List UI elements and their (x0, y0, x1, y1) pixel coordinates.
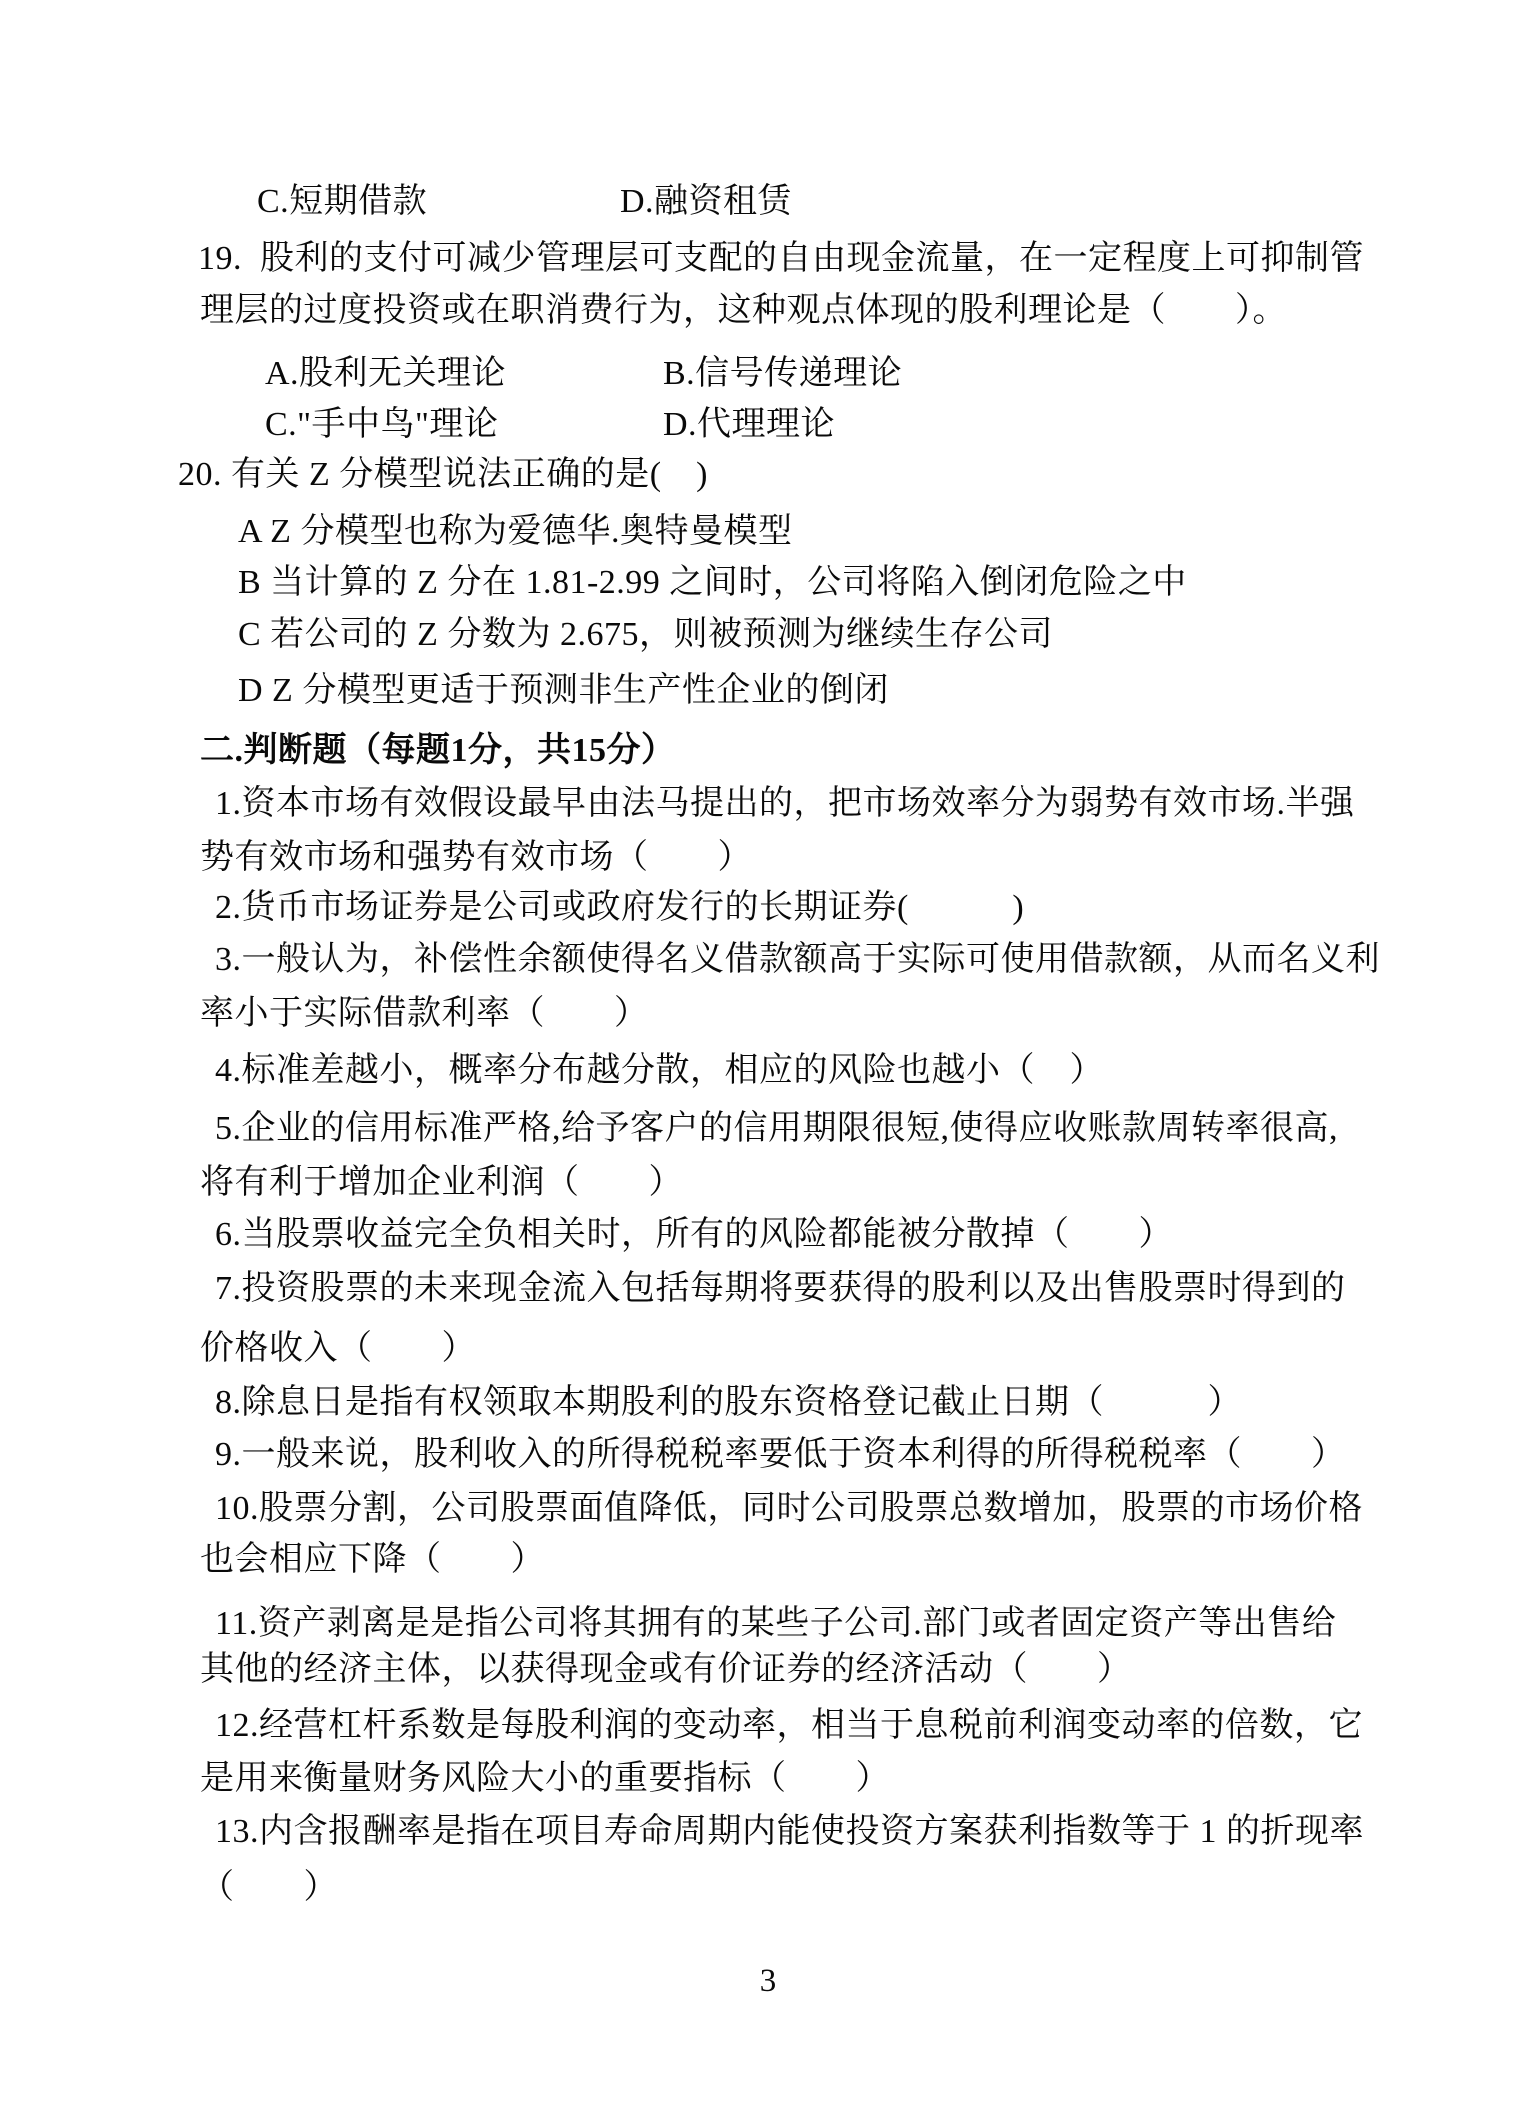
line-text: 6.当股票收益完全负相关时，所有的风险都能被分散掉（ ） (215, 1207, 1173, 1262)
line-text: 其他的经济主体，以获得现金或有价证券的经济活动（ ） (200, 1642, 1132, 1697)
text-line: 价格收入（ ） (0, 1321, 1536, 1376)
text-line: D Z 分模型更适于预测非生产性企业的倒闭 (0, 663, 1536, 718)
text-line: 是用来衡量财务风险大小的重要指标（ ） (0, 1751, 1536, 1806)
line-text: 12.经营杠杆系数是每股利润的变动率，相当于息税前利润变动率的倍数，它 (215, 1698, 1363, 1753)
line-text: A.股利无关理论 (265, 346, 506, 401)
line-text: 是用来衡量财务风险大小的重要指标（ ） (200, 1751, 890, 1806)
text-line: 12.经营杠杆系数是每股利润的变动率，相当于息税前利润变动率的倍数，它 (0, 1698, 1536, 1753)
text-line: 8.除息日是指有权领取本期股利的股东资格登记截止日期（ ） (0, 1375, 1536, 1430)
text-line: 9.一般来说，股利收入的所得税税率要低于资本利得的所得税税率（ ） (0, 1427, 1536, 1482)
text-line: A.股利无关理论B.信号传递理论 (0, 346, 1536, 401)
line-text: 二.判断题（每题1分，共15分） (200, 723, 676, 778)
line-text: C.短期借款 (257, 174, 427, 229)
text-line: 2.货币市场证券是公司或政府发行的长期证券( ) (0, 880, 1536, 935)
line-text: 8.除息日是指有权领取本期股利的股东资格登记截止日期（ ） (215, 1375, 1242, 1430)
line-text: 率小于实际借款利率（ ） (200, 986, 649, 1041)
exam-page: C.短期借款D.融资租赁19. 股利的支付可减少管理层可支配的自由现金流量，在一… (0, 0, 1536, 2127)
line-text: D.代理理论 (663, 397, 835, 452)
line-text: 3.一般认为，补偿性余额使得名义借款额高于实际可使用借款额，从而名义利 (215, 932, 1380, 987)
text-line: 率小于实际借款利率（ ） (0, 986, 1536, 1041)
text-line: 7.投资股票的未来现金流入包括每期将要获得的股利以及出售股票时得到的 (0, 1261, 1536, 1316)
line-text: 2.货币市场证券是公司或政府发行的长期证券( ) (215, 880, 1024, 935)
line-text: 5.企业的信用标准严格,给予客户的信用期限很短,使得应收账款周转率很高, (215, 1101, 1338, 1156)
text-line: 势有效市场和强势有效市场（ ） (0, 830, 1536, 885)
line-text: 19. 股利的支付可减少管理层可支配的自由现金流量，在一定程度上可抑制管 (198, 231, 1364, 286)
text-line: 5.企业的信用标准严格,给予客户的信用期限很短,使得应收账款周转率很高, (0, 1101, 1536, 1156)
line-text: 4.标准差越小，概率分布越分散，相应的风险也越小（ ） (215, 1043, 1104, 1098)
text-line: C."手中鸟"理论D.代理理论 (0, 397, 1536, 452)
text-line: 4.标准差越小，概率分布越分散，相应的风险也越小（ ） (0, 1043, 1536, 1098)
page-number: 3 (0, 1956, 1536, 2006)
text-line: 3.一般认为，补偿性余额使得名义借款额高于实际可使用借款额，从而名义利 (0, 932, 1536, 987)
line-text: 也会相应下降（ ） (200, 1532, 545, 1587)
line-text: D Z 分模型更适于预测非生产性企业的倒闭 (238, 663, 889, 718)
text-line: 将有利于增加企业利润（ ） (0, 1155, 1536, 1210)
line-text: 20. 有关 Z 分模型说法正确的是( ) (178, 447, 708, 502)
line-text: D.融资租赁 (620, 174, 792, 229)
line-text: 10.股票分割，公司股票面值降低，同时公司股票总数增加，股票的市场价格 (215, 1481, 1363, 1536)
line-text: 将有利于增加企业利润（ ） (200, 1155, 683, 1210)
line-text: B.信号传递理论 (663, 346, 902, 401)
line-text: 9.一般来说，股利收入的所得税税率要低于资本利得的所得税税率（ ） (215, 1427, 1346, 1482)
text-line: C.短期借款D.融资租赁 (0, 174, 1536, 229)
text-line: （ ） (0, 1860, 1536, 1915)
line-text: C 若公司的 Z 分数为 2.675，则被预测为继续生存公司 (238, 607, 1053, 662)
text-line: 20. 有关 Z 分模型说法正确的是( ) (0, 447, 1536, 502)
line-text: 势有效市场和强势有效市场（ ） (200, 830, 752, 885)
text-line: 19. 股利的支付可减少管理层可支配的自由现金流量，在一定程度上可抑制管 (0, 231, 1536, 286)
line-text: 价格收入（ ） (200, 1321, 476, 1376)
line-text: （ ） (200, 1860, 338, 1915)
text-line: B 当计算的 Z 分在 1.81-2.99 之间时，公司将陷入倒闭危险之中 (0, 555, 1536, 610)
text-line: C 若公司的 Z 分数为 2.675，则被预测为继续生存公司 (0, 607, 1536, 662)
section-heading: 二.判断题（每题1分，共15分） (0, 723, 1536, 778)
line-text: 13.内含报酬率是指在项目寿命周期内能使投资方案获利指数等于 1 的折现率 (215, 1804, 1364, 1859)
line-text: 1.资本市场有效假设最早由法马提出的，把市场效率分为弱势有效市场.半强 (215, 776, 1355, 831)
line-text: 理层的过度投资或在职消费行为，这种观点体现的股利理论是（ ）。 (200, 283, 1287, 338)
line-text: A Z 分模型也称为爱德华.奥特曼模型 (238, 504, 792, 559)
text-line: 也会相应下降（ ） (0, 1532, 1536, 1587)
text-line: 6.当股票收益完全负相关时，所有的风险都能被分散掉（ ） (0, 1207, 1536, 1262)
text-line: 理层的过度投资或在职消费行为，这种观点体现的股利理论是（ ）。 (0, 283, 1536, 338)
text-line: A Z 分模型也称为爱德华.奥特曼模型 (0, 504, 1536, 559)
line-text: B 当计算的 Z 分在 1.81-2.99 之间时，公司将陷入倒闭危险之中 (238, 555, 1187, 610)
text-line: 13.内含报酬率是指在项目寿命周期内能使投资方案获利指数等于 1 的折现率 (0, 1804, 1536, 1859)
text-line: 1.资本市场有效假设最早由法马提出的，把市场效率分为弱势有效市场.半强 (0, 776, 1536, 831)
text-line: 其他的经济主体，以获得现金或有价证券的经济活动（ ） (0, 1642, 1536, 1697)
text-line: 10.股票分割，公司股票面值降低，同时公司股票总数增加，股票的市场价格 (0, 1481, 1536, 1536)
line-text: 7.投资股票的未来现金流入包括每期将要获得的股利以及出售股票时得到的 (215, 1261, 1346, 1316)
line-text: C."手中鸟"理论 (265, 397, 498, 452)
